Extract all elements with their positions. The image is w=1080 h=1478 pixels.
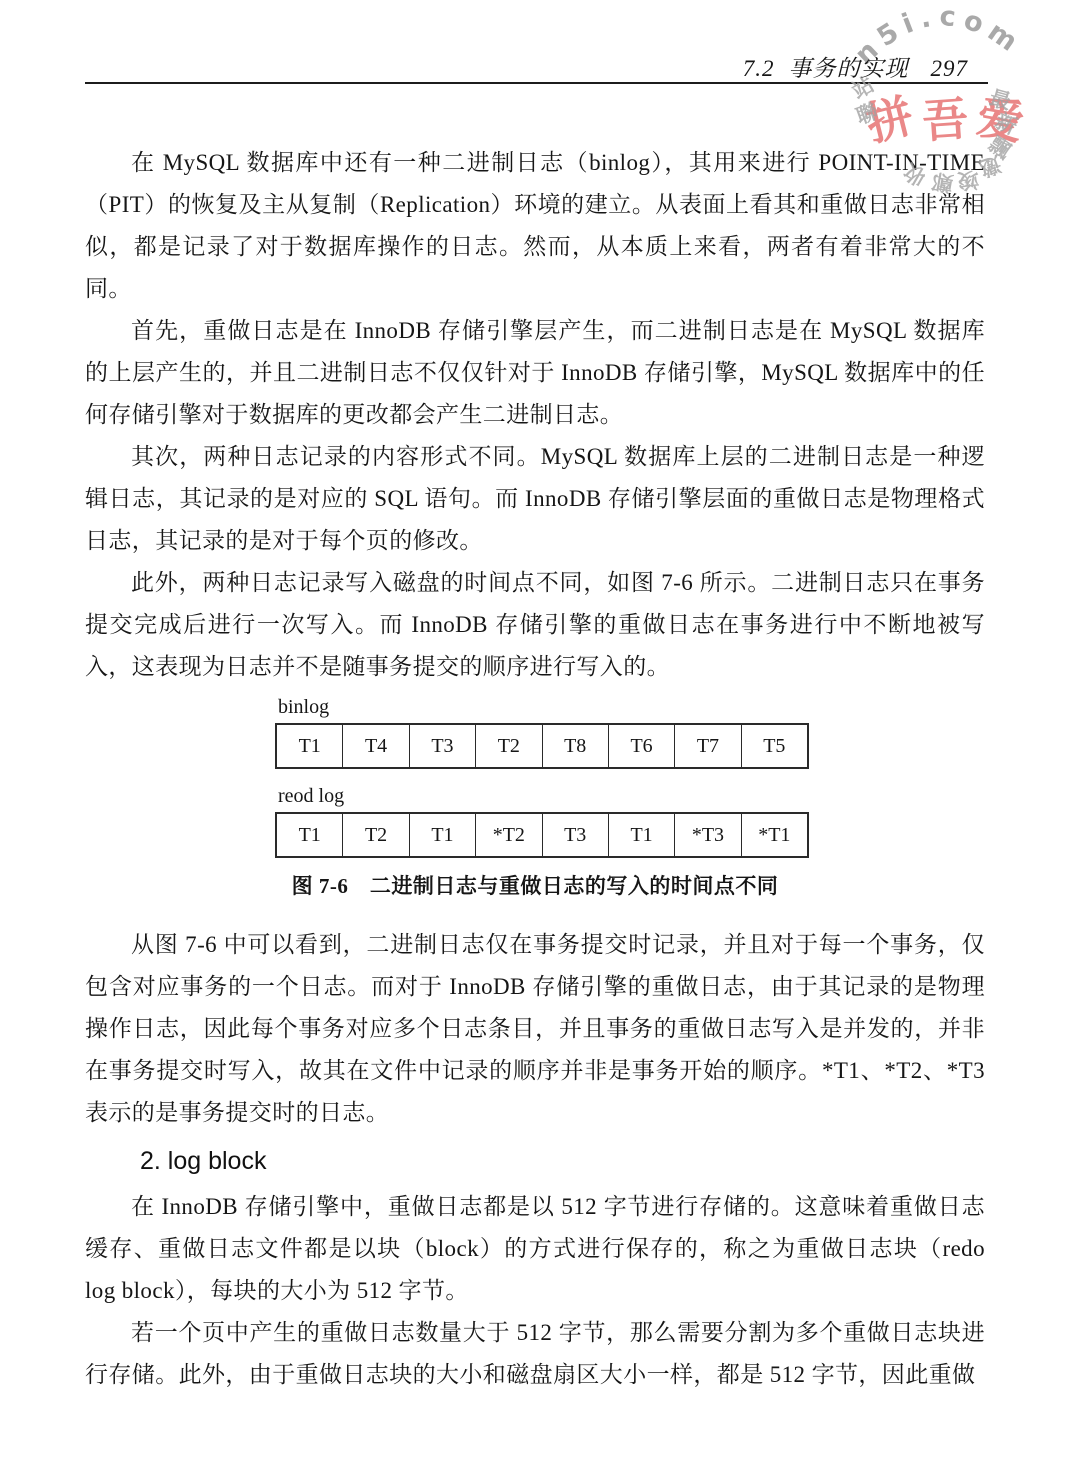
book-page: 7.2事务的实现297 n5i.com 拼吾爱 站 聯 收 鄭 竣 邀 飄 新 …: [0, 0, 1080, 1478]
binlog-cell: T1: [277, 725, 343, 767]
watermark-ring-char: 聯: [852, 95, 882, 130]
redo-log-cell: *T3: [675, 814, 741, 856]
paragraph-log-block-split: 若一个页中产生的重做日志数量大于 512 字节，那么需要分割为多个重做日志块进行…: [85, 1312, 985, 1396]
paragraph-first-difference: 首先，重做日志是在 InnoDB 存储引擎层产生，而二进制日志是在 MySQL …: [85, 310, 985, 436]
paragraph-figure-explanation: 从图 7-6 中可以看到，二进制日志仅在事务提交时记录，并且对于每一个事务，仅包…: [85, 924, 985, 1134]
binlog-cell: T7: [675, 725, 741, 767]
paragraph-binlog-intro: 在 MySQL 数据库中还有一种二进制日志（binlog），其用来进行 POIN…: [85, 142, 985, 310]
redo-log-cell: T1: [277, 814, 343, 856]
page-number: 297: [931, 56, 969, 81]
watermark-center-text: 拼吾爱: [866, 84, 1024, 150]
body-column: 在 MySQL 数据库中还有一种二进制日志（binlog），其用来进行 POIN…: [85, 142, 985, 1396]
redo-log-cell: *T1: [742, 814, 807, 856]
section-number: 7.2: [743, 56, 775, 81]
watermark-ring-char: 最: [986, 82, 1014, 116]
binlog-row: T1 T4 T3 T2 T8 T6 T7 T5: [275, 723, 809, 769]
subheading-log-block: 2. log block: [140, 1144, 985, 1178]
binlog-cell: T6: [609, 725, 675, 767]
paragraph-second-difference: 其次，两种日志记录的内容形式不同。MySQL 数据库上层的二进制日志是一种逻辑日…: [85, 436, 985, 562]
figure-caption: 图 7-6 二进制日志与重做日志的写入的时间点不同: [85, 870, 985, 900]
redo-log-cell: T1: [410, 814, 476, 856]
redo-log-cell: T3: [543, 814, 609, 856]
redo-log-cell: T2: [343, 814, 409, 856]
binlog-cell: T5: [742, 725, 807, 767]
watermark-ring-char: 飄: [983, 129, 1017, 166]
paragraph-third-difference: 此外，两种日志记录写入磁盘的时间点不同，如图 7-6 所示。二进制日志只在事务提…: [85, 562, 985, 688]
redo-log-label: reod log: [278, 783, 985, 809]
binlog-cell: T4: [343, 725, 409, 767]
binlog-cell: T8: [543, 725, 609, 767]
binlog-label: binlog: [278, 694, 985, 720]
redo-log-cell: *T2: [476, 814, 542, 856]
redo-log-cell: T1: [609, 814, 675, 856]
running-head: 7.2事务的实现297: [743, 50, 968, 83]
paragraph-log-block-size: 在 InnoDB 存储引擎中，重做日志都是以 512 字节进行存储的。这意味着重…: [85, 1186, 985, 1312]
redo-log-row: T1 T2 T1 *T2 T3 T1 *T3 *T1: [275, 812, 809, 858]
binlog-cell: T3: [410, 725, 476, 767]
watermark-ring-char: 新: [991, 105, 1023, 141]
binlog-cell: T2: [476, 725, 542, 767]
figure-7-6: binlog T1 T4 T3 T2 T8 T6 T7 T5 reod log …: [85, 694, 985, 900]
section-title: 事务的实现: [789, 56, 909, 81]
